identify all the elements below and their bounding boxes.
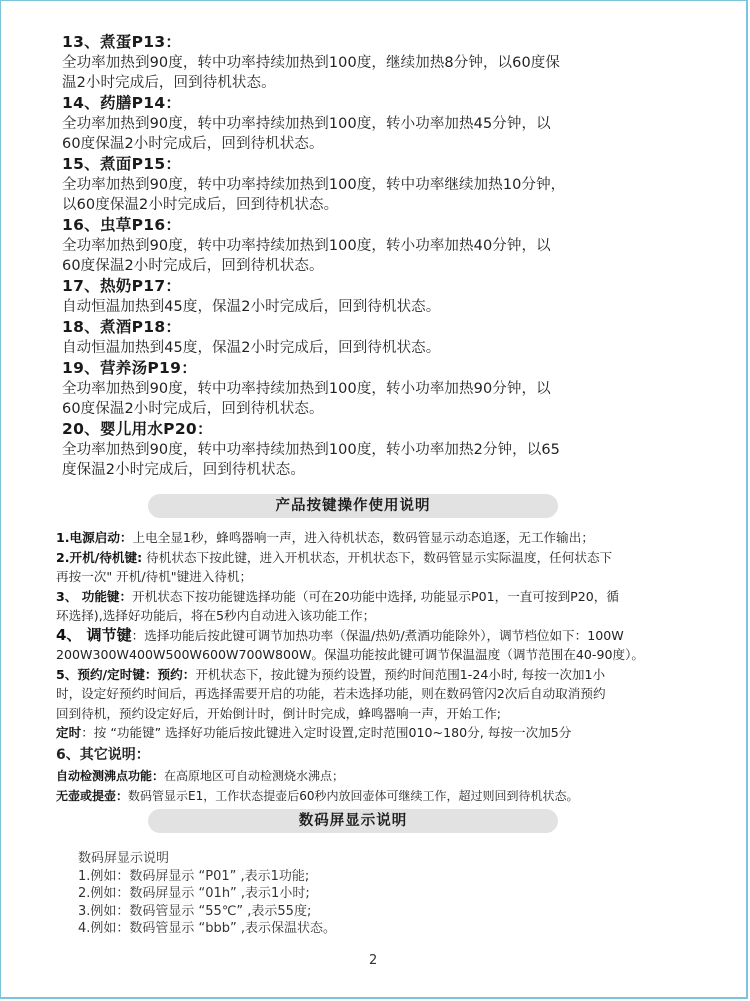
display-line: 4.例如：数码管显示 “bbb” ,表示保温状态。 [78,920,336,938]
note-desc: 数码管显示E1，工作状态提壶后60秒内放回壶体可继续工作，超过则回到待机状态。 [128,789,579,803]
mode-title: 18、煮酒P18： [62,317,662,338]
key-item-power: 1.电源启动：上电全显1秒，蜂鸣器响一声，进入待机状态，数码管显示动态追逐，无工… [56,528,696,548]
mode-desc-line: 全功率加热到90度，转中功率持续加热到100度，转小功率加热40分钟，以 [62,236,662,256]
mode-desc-line: 全功率加热到90度，转中功率持续加热到100度，转小功率加热2分钟，以65 [62,440,662,460]
mode-title: 19、营养汤P19： [62,358,662,379]
key-item-function: 3、 功能键：开机状态下按功能键选择功能（可在20功能中选择, 功能显示P01，… [56,587,696,607]
mode-item-p18: 18、煮酒P18： 自动恒温加热到45度，保温2小时完成后，回到待机状态。 [62,317,662,358]
key-operation-section: 1.电源启动：上电全显1秒，蜂鸣器响一声，进入待机状态，数码管显示动态追逐，无工… [56,528,696,806]
key-desc-continued: 200W300W400W500W600W700W800W。保温功能按此键可调节保… [56,645,696,665]
mode-item-p15: 15、煮面P15： 全功率加热到90度，转中功率持续加热到100度，转中功率继续… [62,154,662,215]
display-line: 3.例如：数码管显示 “55℃” ,表示55度; [78,903,336,921]
mode-desc-line: 全功率加热到90度，转中功率持续加热到100度，继续加热8分钟，以60度保 [62,53,662,73]
page-number: 2 [369,953,377,968]
mode-item-p16: 16、虫草P16： 全功率加热到90度，转中功率持续加热到100度，转小功率加热… [62,215,662,276]
key-desc-continued: 再按一次" 开机/待机"键进入待机； [56,567,696,587]
key-item-reserve-timer: 5、预约/定时键：预约：开机状态下，按此键为预约设置，预约时间范围1-24小时,… [56,665,696,685]
key-label: 3、 功能键： [56,589,132,604]
key-item-onoff: 2.开机/待机键: 待机状态下按此键，进入开机状态，开机状态下，数码管显示实际温… [56,548,696,568]
mode-title: 13、煮蛋P13： [62,32,662,53]
key-desc: 待机状态下按此键，进入开机状态，开机状态下，数码管显示实际温度，任何状态下 [142,550,612,565]
mode-desc-line: 自动恒温加热到45度，保温2小时完成后，回到待机状态。 [62,338,662,358]
display-line: 2.例如：数码屏显示 “01h” ,表示1小时; [78,885,336,903]
mode-desc-line: 60度保温2小时完成后，回到待机状态。 [62,399,662,419]
key-desc: 开机状态下，按此键为预约设置，预约时间范围1-24小时, 每按一次加1小 [195,667,605,682]
mode-item-p20: 20、婴儿用水P20： 全功率加热到90度，转中功率持续加热到100度，转小功率… [62,419,662,480]
mode-item-p19: 19、营养汤P19： 全功率加热到90度，转中功率持续加热到100度，转小功率加… [62,358,662,419]
other-note-no-kettle: 无壶或提壶：数码管显示E1，工作状态提壶后60秒内放回壶体可继续工作，超过则回到… [56,786,696,806]
mode-desc-line: 全功率加热到90度，转中功率持续加热到100度，转小功率加热45分钟，以 [62,114,662,134]
note-label: 无壶或提壶： [56,789,128,803]
mode-title: 15、煮面P15： [62,154,662,175]
mode-title: 14、药膳P14： [62,93,662,114]
mode-desc-line: 全功率加热到90度，转中功率持续加热到100度，转小功率加热90分钟，以 [62,379,662,399]
mode-title: 20、婴儿用水P20： [62,419,662,440]
key-item-timer: 定时：按 “功能键” 选择好功能后按此键进入定时设置,定时范围010~180分,… [56,723,696,743]
section-banner-display: 数码屏显示说明 [148,809,558,833]
key-item-adjust: 4、 调节键：选择功能后按此键可调节加热功率（保温/热奶/煮酒功能除外），调节档… [56,626,696,646]
key-label: 定时 [56,725,81,740]
note-desc: 在高原地区可自动检测烧水沸点； [164,769,344,783]
key-desc: 上电全显1秒，蜂鸣器响一声，进入待机状态，数码管显示动态追逐，无工作输出； [133,530,594,545]
display-line: 1.例如：数码屏显示 “P01” ,表示1功能; [78,868,336,886]
display-line: 数码屏显示说明 [78,850,336,868]
key-label: 4、 调节键 [56,626,132,644]
key-desc-continued: 环选择),选择好功能后，将在5秒内自动进入该功能工作； [56,606,696,626]
mode-desc-line: 以60度保温2小时完成后，回到待机状态。 [62,195,662,215]
key-desc: 开机状态下按功能键选择功能（可在20功能中选择, 功能显示P01，一直可按到P2… [132,589,619,604]
other-note-boil-detect: 自动检测沸点功能：在高原地区可自动检测烧水沸点； [56,766,696,786]
key-label: 2.开机/待机键: [56,550,142,565]
section-banner-key-operation: 产品按键操作使用说明 [148,494,558,518]
note-label: 自动检测沸点功能： [56,769,164,783]
mode-title: 17、热奶P17： [62,276,662,297]
key-desc-continued: 时，设定好预约时间后，再选择需要开启的功能，若未选择功能，则在数码管闪2次后自动… [56,684,696,704]
mode-desc-line: 60度保温2小时完成后，回到待机状态。 [62,134,662,154]
mode-desc-line: 全功率加热到90度，转中功率持续加热到100度，转中功率继续加热10分钟， [62,175,662,195]
mode-desc-line: 60度保温2小时完成后，回到待机状态。 [62,256,662,276]
display-explanation: 数码屏显示说明 1.例如：数码屏显示 “P01” ,表示1功能; 2.例如：数码… [78,850,336,938]
mode-item-p14: 14、药膳P14： 全功率加热到90度，转中功率持续加热到100度，转小功率加热… [62,93,662,154]
mode-desc-line: 温2小时完成后，回到待机状态。 [62,73,662,93]
key-label: 5、预约/定时键：预约： [56,667,195,682]
key-desc-continued: 回到待机，预约设定好后，开始倒计时，倒计时完成，蜂鸣器响一声，开始工作; [56,704,696,724]
other-notes-title: 6、其它说明： [56,744,696,766]
mode-title: 16、虫草P16： [62,215,662,236]
cooking-modes-list: 13、煮蛋P13： 全功率加热到90度，转中功率持续加热到100度，继续加热8分… [62,32,662,480]
mode-item-p13: 13、煮蛋P13： 全功率加热到90度，转中功率持续加热到100度，继续加热8分… [62,32,662,93]
mode-desc-line: 度保温2小时完成后，回到待机状态。 [62,460,662,480]
key-desc: ：按 “功能键” 选择好功能后按此键进入定时设置,定时范围010~180分, 每… [81,725,571,740]
mode-item-p17: 17、热奶P17： 自动恒温加热到45度，保温2小时完成后，回到待机状态。 [62,276,662,317]
key-label: 1.电源启动： [56,530,133,545]
mode-desc-line: 自动恒温加热到45度，保温2小时完成后，回到待机状态。 [62,297,662,317]
key-desc: ：选择功能后按此键可调节加热功率（保温/热奶/煮酒功能除外），调节档位如下：10… [132,628,624,643]
